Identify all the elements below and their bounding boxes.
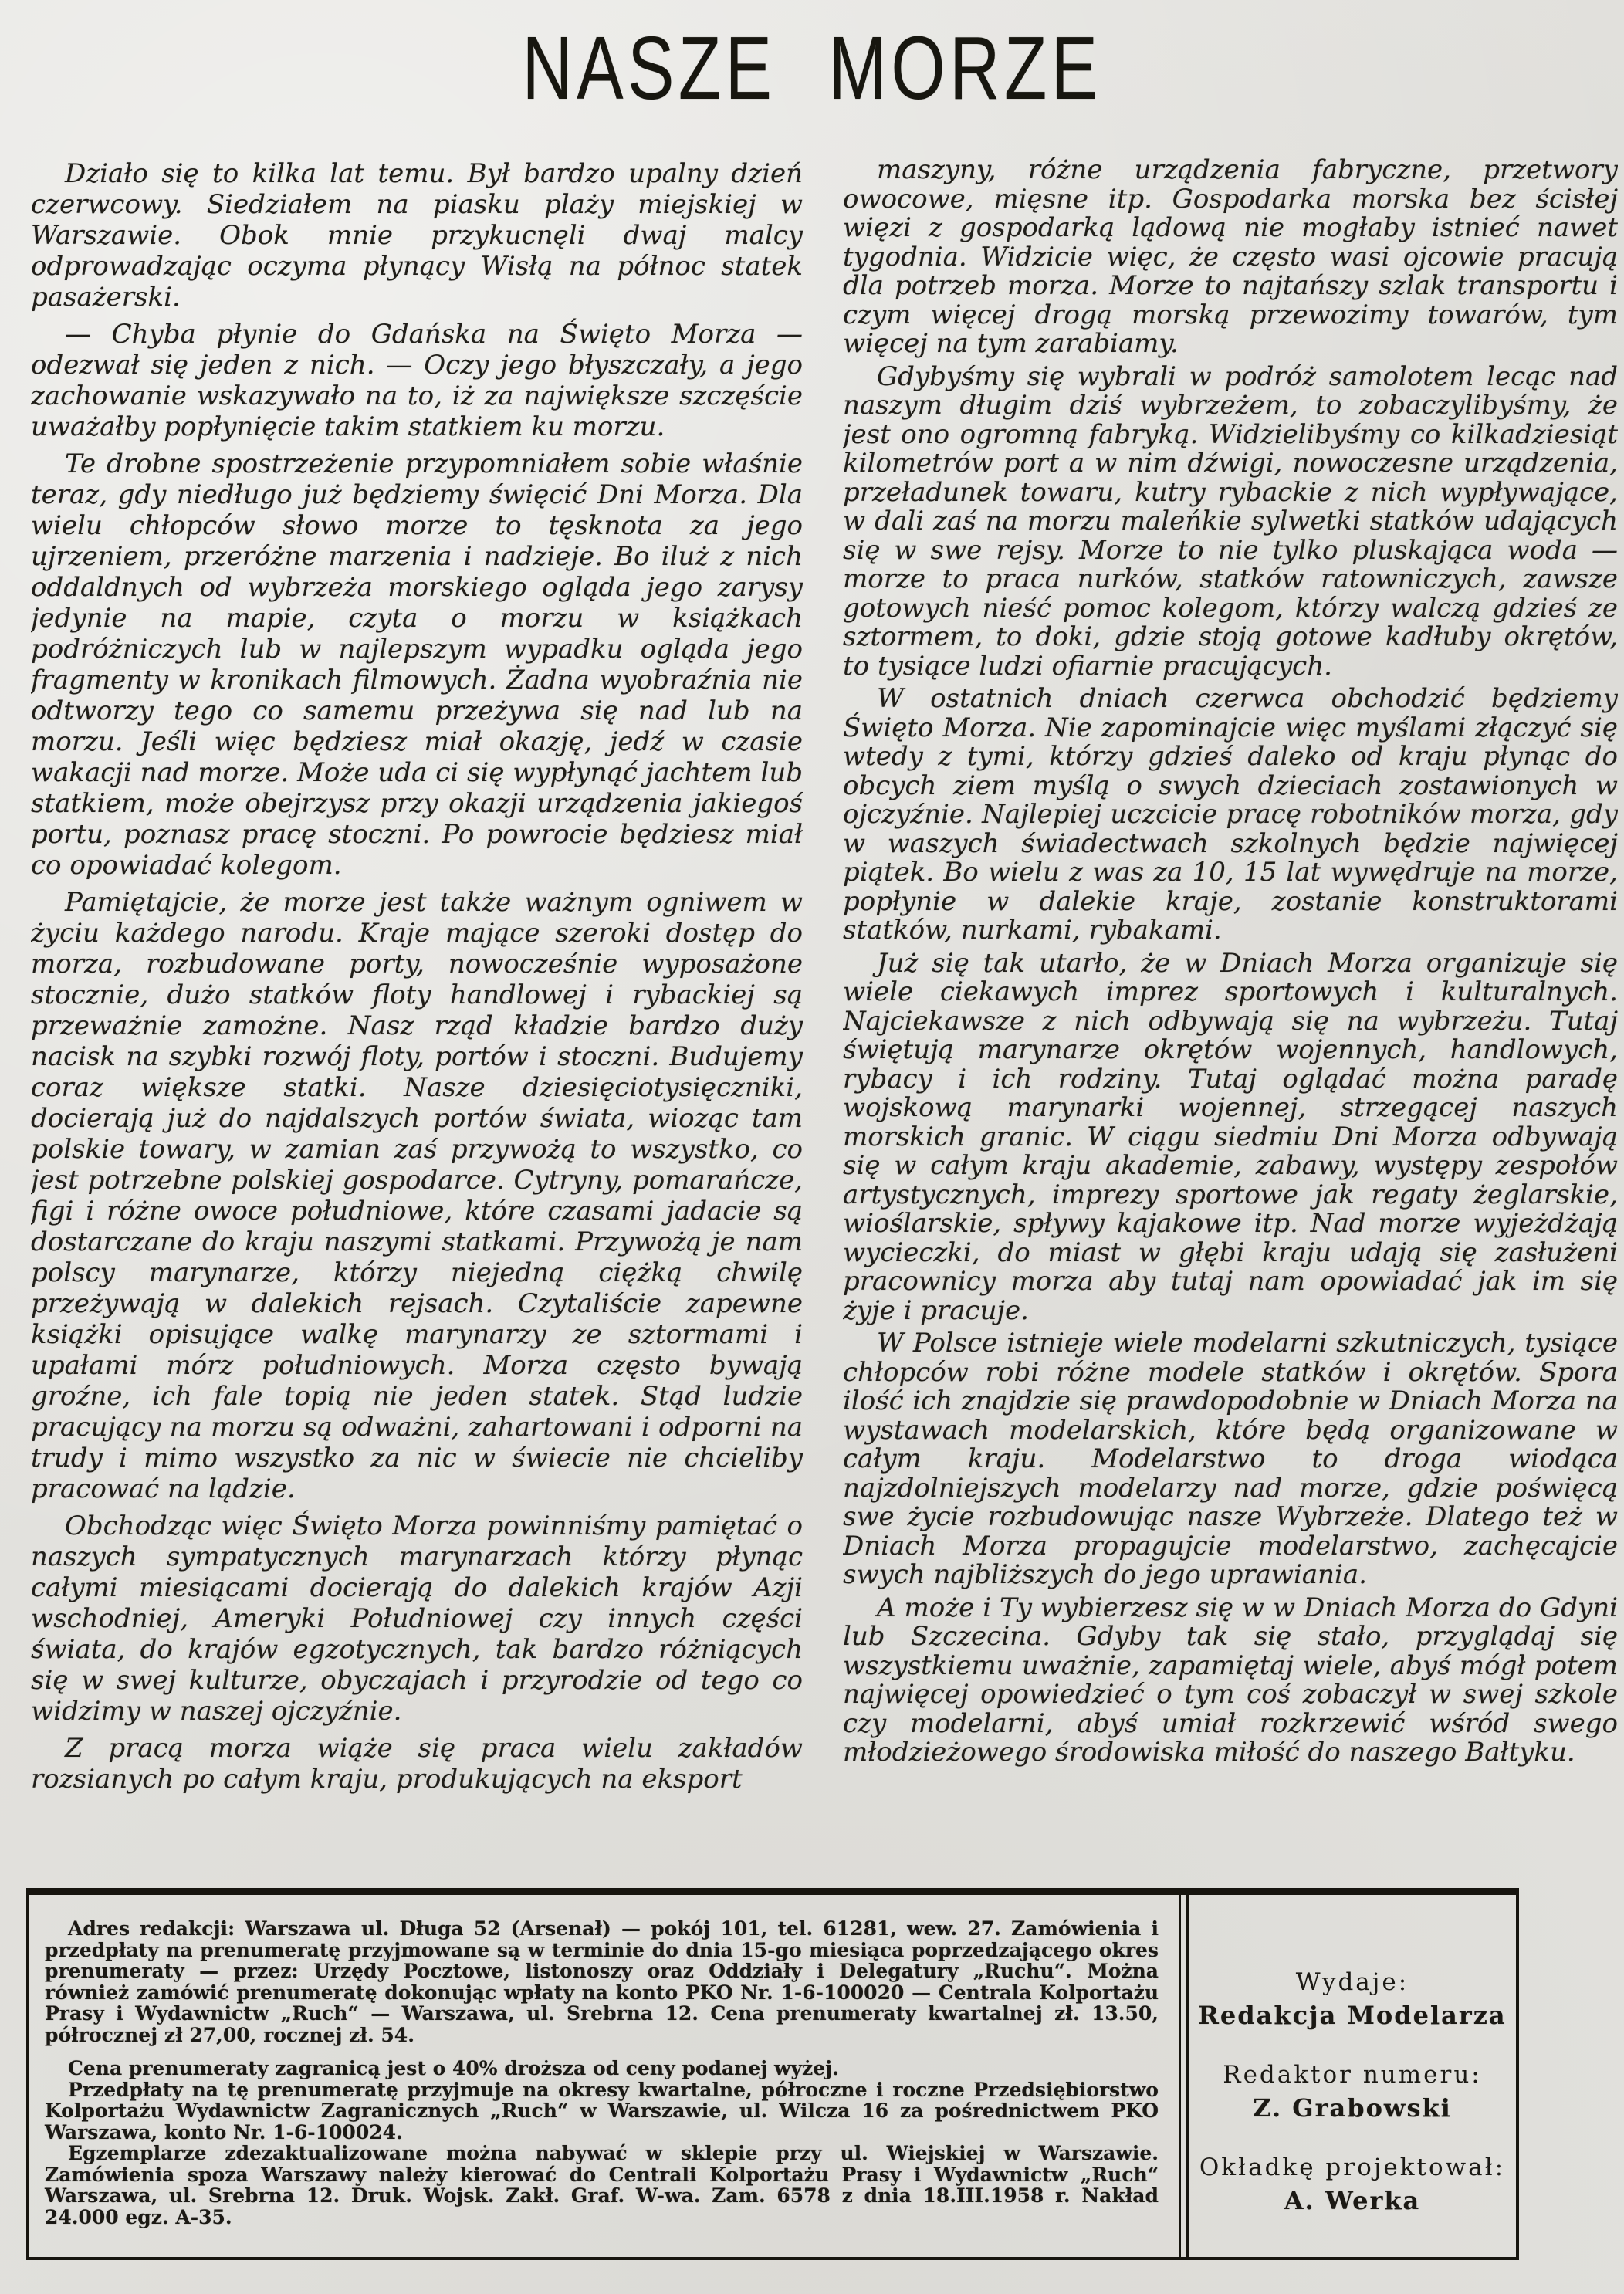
credit-label: Redaktor numeru: xyxy=(1223,2059,1482,2091)
article-paragraph: Gdybyśmy się wybrali w podróż samolotem … xyxy=(843,363,1618,682)
article-right-column: maszyny, różne urządzenia fabryczne, prz… xyxy=(843,156,1618,1883)
article-paragraph: W ostatnich dniach czerwca obchodzić będ… xyxy=(843,685,1618,946)
imprint-box: Adres redakcji: Warszawa ul. Długa 52 (A… xyxy=(26,1888,1519,2260)
credit-editor: Redaktor numeru: Z. Grabowski xyxy=(1223,2059,1482,2125)
credit-label: Okładkę projektował: xyxy=(1199,2151,1505,2184)
credit-name: Redakcja Modelarza xyxy=(1198,1998,1506,2032)
article-paragraph: Działo się to kilka lat temu. Był bardzo… xyxy=(31,158,803,313)
article-paragraph: Pamiętajcie, że morze jest także ważnym … xyxy=(31,887,803,1504)
article-paragraph: A może i Ty wybierzesz się w w Dniach Mo… xyxy=(843,1594,1618,1768)
article-paragraph: Z pracą morza wiąże się praca wielu zakł… xyxy=(31,1733,803,1795)
article-paragraph: W Polsce istnieje wiele modelarni szkutn… xyxy=(843,1329,1618,1590)
credit-cover-designer: Okładkę projektował: A. Werka xyxy=(1199,2151,1505,2218)
imprint-paragraph: Przedpłaty na tę prenumeratę przyjmuje n… xyxy=(45,2079,1159,2143)
credits-panel: Wydaje: Redakcja Modelarza Redaktor nume… xyxy=(1189,1895,1516,2257)
article-paragraph: Już się tak utarło, że w Dniach Morza or… xyxy=(843,949,1618,1326)
article-left-column: Działo się to kilka lat temu. Był bardzo… xyxy=(31,158,803,1883)
article-paragraph: Te drobne spostrzeżenie przypomniałem so… xyxy=(31,448,803,881)
imprint-divider-rule xyxy=(1179,1895,1189,2257)
imprint-paragraph: Cena prenumeraty zagranicą jest o 40% dr… xyxy=(45,2058,1159,2079)
credit-name: A. Werka xyxy=(1199,2184,1505,2218)
page-title: NASZE MORZE xyxy=(178,23,1445,113)
article-paragraph: maszyny, różne urządzenia fabryczne, prz… xyxy=(843,156,1618,359)
credit-publisher: Wydaje: Redakcja Modelarza xyxy=(1198,1966,1506,2032)
credit-name: Z. Grabowski xyxy=(1223,2091,1482,2125)
article-paragraph: — Chyba płynie do Gdańska na Święto Morz… xyxy=(31,319,803,442)
imprint-paragraph: Adres redakcji: Warszawa ul. Długa 52 (A… xyxy=(45,1918,1159,2045)
imprint-info: Adres redakcji: Warszawa ul. Długa 52 (A… xyxy=(29,1895,1179,2257)
imprint-paragraph: Egzemplarze zdezaktualizowane można naby… xyxy=(45,2143,1159,2228)
article-paragraph: Obchodząc więc Święto Morza powinniśmy p… xyxy=(31,1511,803,1727)
magazine-page: NASZE MORZE Działo się to kilka lat temu… xyxy=(0,0,1624,2294)
credit-label: Wydaje: xyxy=(1198,1966,1506,1998)
